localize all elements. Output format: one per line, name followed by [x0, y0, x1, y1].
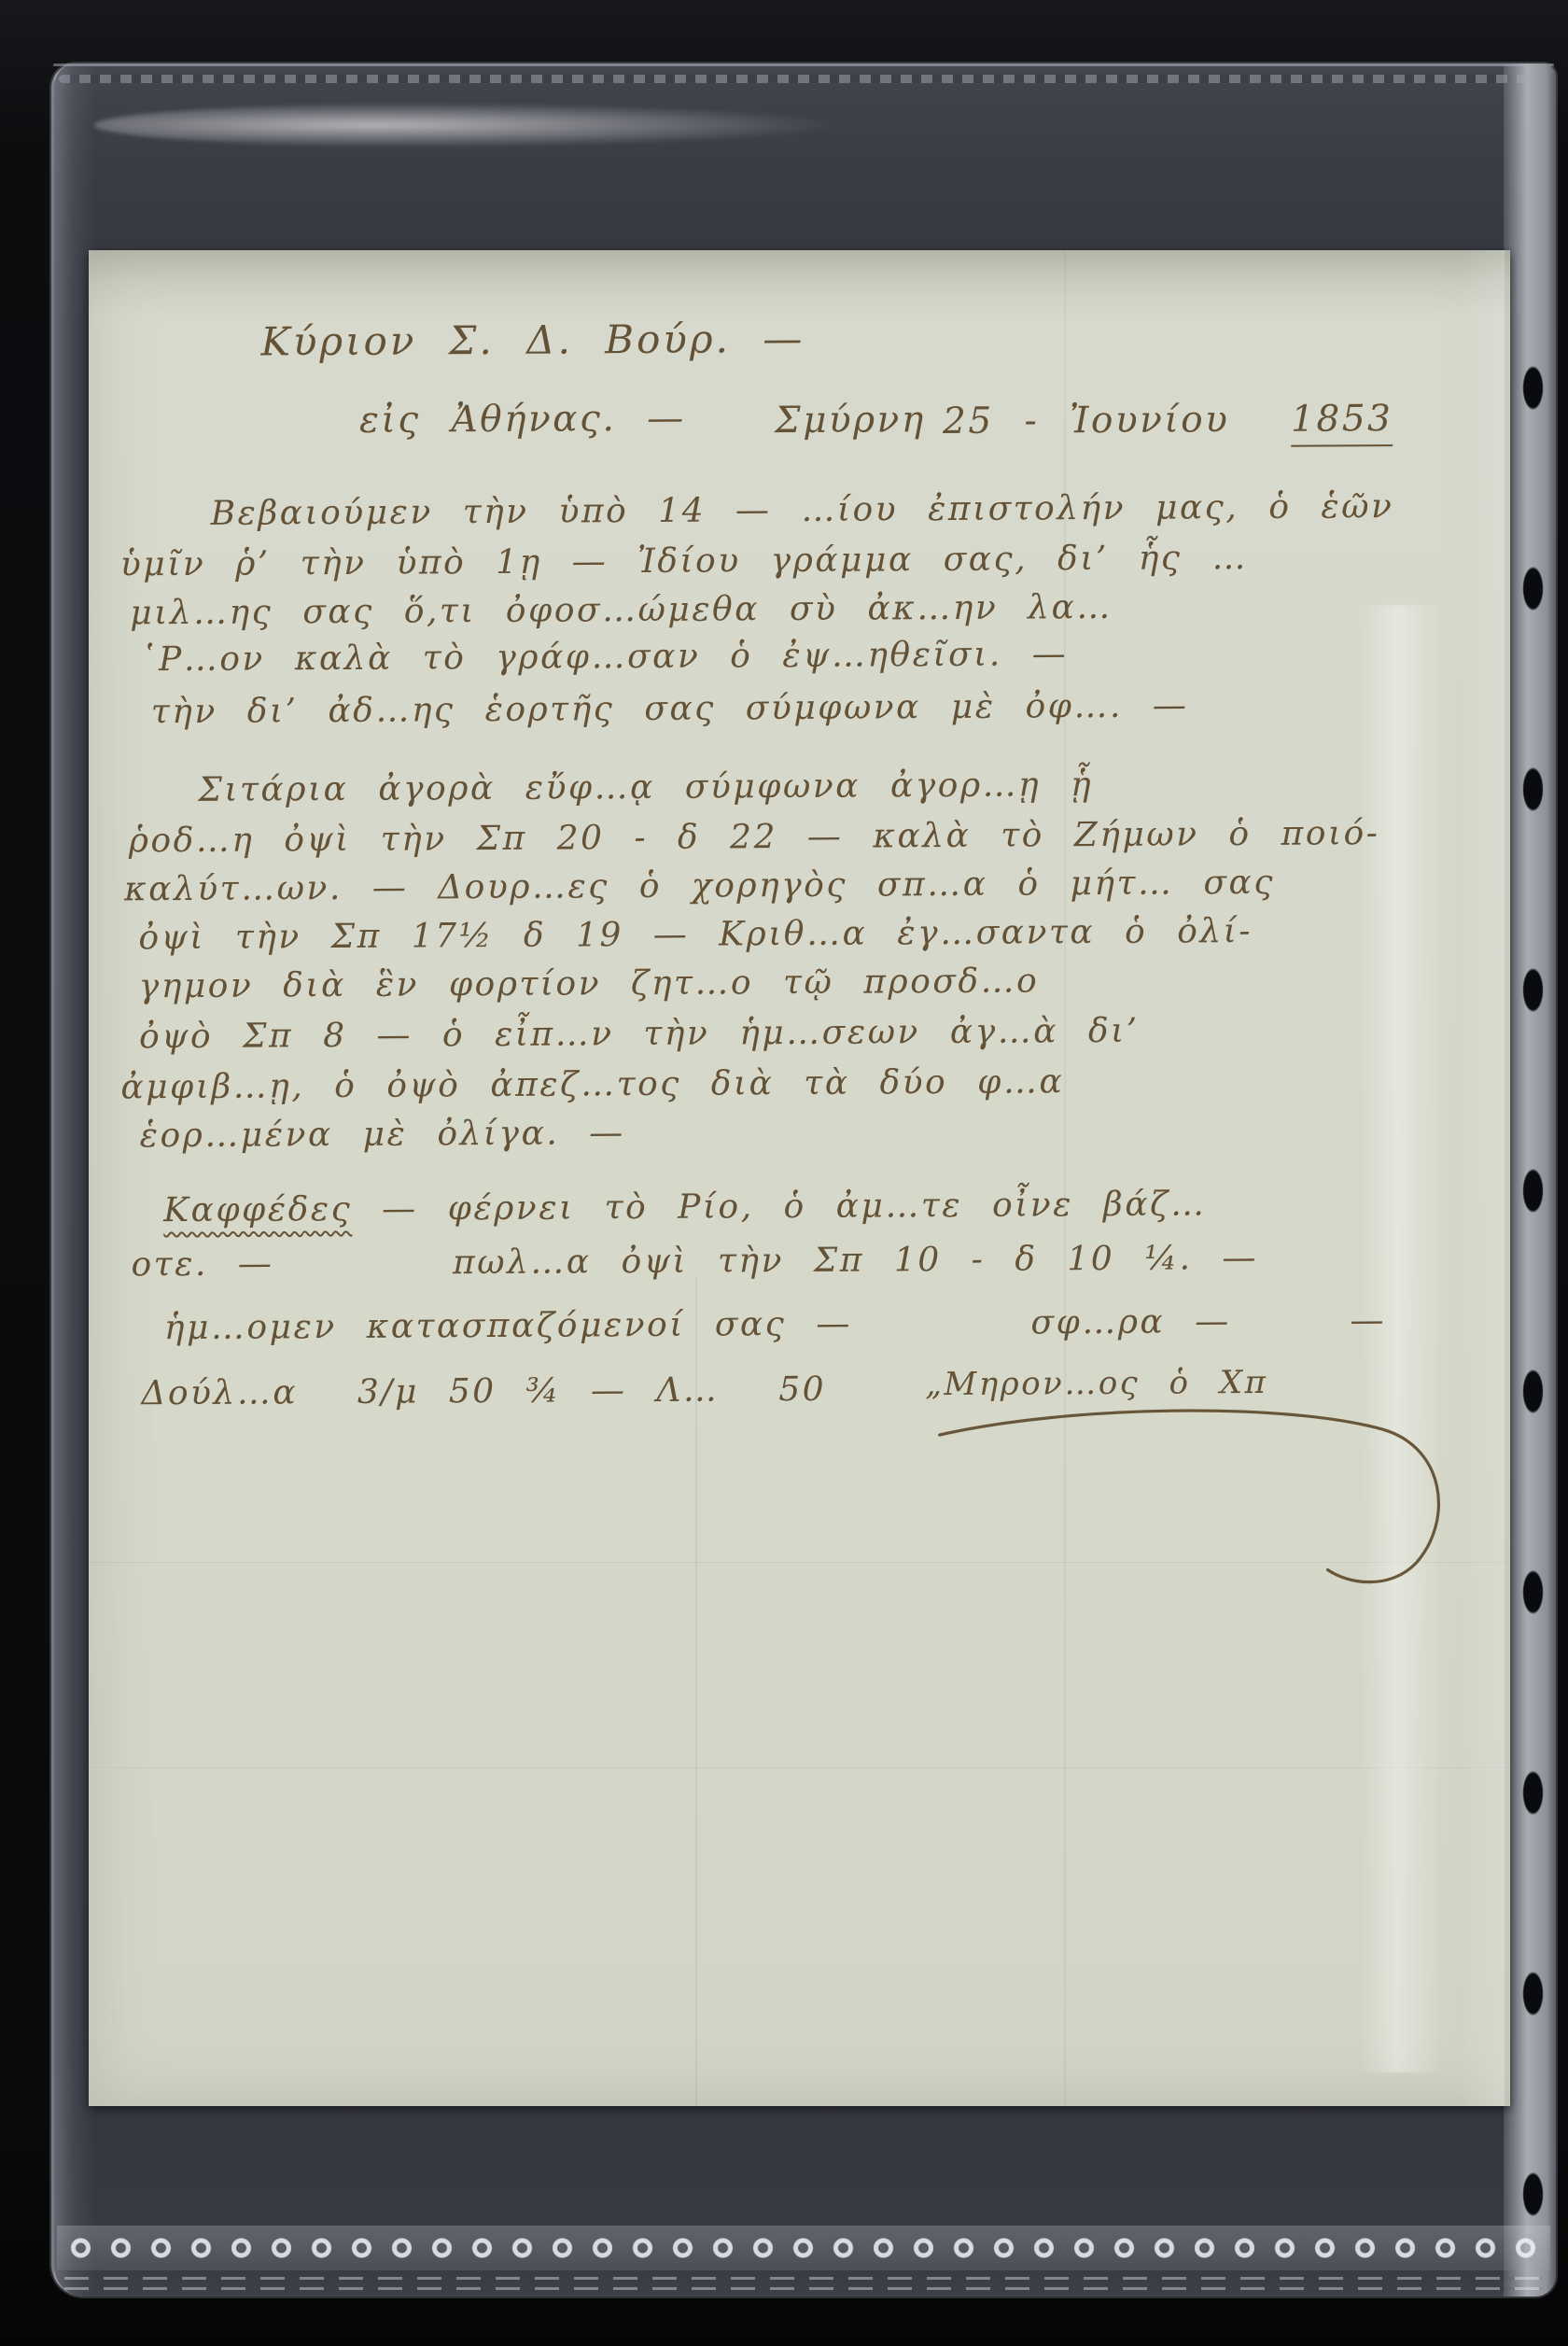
photo-background: Κύριον Σ. Δ. Βούρ. — εἰς Ἀθήνας. — Σμύρν…	[0, 0, 1568, 2346]
handwriting-line: ὀψὶ τὴν Σπ 17½ δ 19 — Κριθ…α ἐγ…σαντα ὁ …	[138, 912, 1253, 957]
prices-line: Δούλ…α 3/μ 50 ¾ — Λ… 50	[141, 1370, 826, 1412]
sleeve-top-seam	[59, 75, 1548, 83]
sleeve-bottom-weld-band	[57, 2226, 1550, 2270]
recipient-line: Κύριον Σ. Δ. Βούρ. —	[260, 316, 805, 365]
handwriting-line: γημον διὰ ἓν φορτίον ζητ…ο τῷ προσδ…ο	[139, 962, 1040, 1005]
destination-line: εἰς Ἀθήνας. —	[359, 398, 686, 442]
coffee-word: Καφφέδες	[163, 1190, 352, 1229]
coffee-rest: — φέρνει τὸ Ρίο, ὁ ἀμ…τε οἶνε βάζ…	[352, 1185, 1207, 1229]
date-year: 1853	[1291, 398, 1393, 447]
handwriting-line: μιλ…ης σας ὅ,τι ὀφοσ…ώμεθα σὺ ἀκ…ην λα…	[130, 588, 1113, 632]
sleeve-gloss-highlight	[94, 103, 832, 148]
market-line: οτε. — πωλ…α ὀψὶ τὴν Σπ 10 - δ 10 ¼. —	[131, 1239, 1258, 1284]
handwriting-line: ἑορ…μένα μὲ ὀλίγα. —	[140, 1114, 625, 1155]
sleeve-top-edge	[53, 63, 1554, 66]
date-line: 25 - Ἰουνίου 1853	[943, 398, 1393, 443]
handwriting-line: τὴν δι’ ἀδ…ης ἑορτῆς σας σύμφωνα μὲ ὀφ….…	[151, 686, 1189, 731]
handwriting-line: καλύτ…ων. — Δουρ…ες ὁ χορηγὸς σπ…α ὁ μήτ…	[124, 864, 1275, 909]
handwriting-layer: Κύριον Σ. Δ. Βούρ. — εἰς Ἀθήνας. — Σμύρν…	[83, 246, 1516, 2110]
handwriting-line: ὀψὸ Σπ 8 — ὁ εἶπ…ν τὴν ἡμ…σεων ἀγ…ὰ δι’	[139, 1012, 1140, 1057]
handwriting-line: Σιτάρια ἀγορὰ εὔφ…ᾳ σύμφωνα ἀγορ…ῃ ᾗ	[198, 766, 1093, 809]
handwriting-line: ὑμῖν ῥ’ τὴν ὑπὸ 1ῃ — Ἰδίου γράμμα σας, δ…	[120, 539, 1248, 583]
handwriting-line: ῥοδ…η ὀψὶ τὴν Σπ 20 - δ 22 — καλὰ τὸ Ζήμ…	[129, 814, 1380, 860]
weld-dots-row	[57, 2226, 1550, 2270]
signature-flourish	[911, 1389, 1491, 1589]
origin-place: Σμύρνη	[775, 399, 926, 442]
handwriting-line: ῾Ρ…ον καλὰ τὸ γράφ…σαν ὁ ἐψ…ηθεῖσι. —	[139, 635, 1068, 679]
sleeve-bottom-seam-1	[64, 2277, 1543, 2280]
coffee-line: Καφφέδες — φέρνει τὸ Ρίο, ὁ ἀμ…τε οἶνε β…	[163, 1185, 1207, 1229]
plastic-sleeve: Κύριον Σ. Δ. Βούρ. — εἰς Ἀθήνας. — Σμύρν…	[51, 63, 1556, 2297]
handwriting-line: ἀμφιβ…ῃ, ὁ ὀψὸ ἀπεζ…τος διὰ τὰ δύο φ…α	[120, 1062, 1064, 1106]
sleeve-bottom-seam-2	[64, 2287, 1543, 2290]
closing-line: ἡμ…ομεν κατασπαζόμενοί σας — σφ…ρα — —	[164, 1301, 1386, 1347]
handwriting-line: Βεβαιούμεν τὴν ὑπὸ 14 — …ίου ἐπιστολήν μ…	[211, 487, 1394, 533]
letter-paper: Κύριον Σ. Δ. Βούρ. — εἰς Ἀθήνας. — Σμύρν…	[89, 250, 1510, 2106]
date-prefix: 25 - Ἰουνίου	[943, 399, 1291, 443]
